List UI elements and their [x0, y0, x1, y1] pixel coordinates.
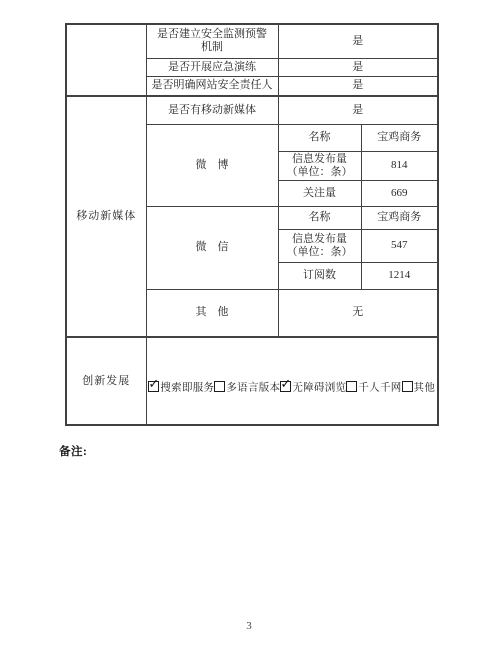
checkbox-icon	[346, 381, 357, 392]
question-cell: 是否明确网站安全责任人	[146, 76, 278, 96]
other-media-value-cell: 无	[278, 289, 438, 337]
option-personalized-site: 千人千网	[346, 381, 401, 395]
option-label: 多语言版本	[226, 382, 280, 393]
page-number: 3	[0, 620, 498, 632]
checkbox-icon	[148, 381, 159, 392]
weibo-label-cell: 微 博	[146, 124, 278, 206]
question-cell: 是否有移动新媒体	[146, 96, 278, 124]
metric-label-cell: 信息发布量 （单位：条）	[278, 229, 361, 262]
innovation-options-cell: 搜索即服务多语言版本无障碍浏览千人千网其他	[146, 337, 438, 425]
option-label: 其他	[414, 382, 436, 393]
option-multilingual: 多语言版本	[214, 381, 280, 395]
metric-label-cell: 订阅数	[278, 262, 361, 289]
security-group-cell	[66, 24, 146, 96]
option-search-as-service: 搜索即服务	[148, 381, 214, 395]
metric-value-cell: 669	[361, 180, 438, 206]
report-table: 是否建立安全监测预警 机制 是 是否开展应急演练 是 是否明确网站安全责任人 是…	[65, 23, 439, 426]
metric-label-cell: 关注量	[278, 180, 361, 206]
table-row: 移动新媒体 是否有移动新媒体 是	[66, 96, 438, 124]
mobile-media-group-cell: 移动新媒体	[66, 96, 146, 337]
answer-cell: 是	[278, 24, 438, 58]
metric-label-cell: 名称	[278, 206, 361, 229]
metric-value-cell: 宝鸡商务	[361, 124, 438, 151]
checkbox-icon	[214, 381, 225, 392]
checkbox-icon	[280, 381, 291, 392]
table-row: 是否建立安全监测预警 机制 是	[66, 24, 438, 58]
other-media-label-cell: 其 他	[146, 289, 278, 337]
answer-cell: 是	[278, 76, 438, 96]
option-other: 其他	[402, 381, 436, 395]
answer-cell: 是	[278, 58, 438, 76]
metric-label-cell: 信息发布量 （单位：条）	[278, 151, 361, 180]
question-cell: 是否开展应急演练	[146, 58, 278, 76]
option-label: 千人千网	[358, 382, 401, 393]
answer-cell: 是	[278, 96, 438, 124]
option-label: 无障碍浏览	[292, 382, 346, 393]
metric-label-cell: 名称	[278, 124, 361, 151]
metric-value-cell: 547	[361, 229, 438, 262]
checkbox-icon	[402, 381, 413, 392]
remark-label: 备注:	[59, 443, 87, 459]
wechat-label-cell: 微 信	[146, 206, 278, 289]
metric-value-cell: 宝鸡商务	[361, 206, 438, 229]
metric-value-cell: 814	[361, 151, 438, 180]
table-row: 创新发展 搜索即服务多语言版本无障碍浏览千人千网其他	[66, 337, 438, 425]
innovation-group-cell: 创新发展	[66, 337, 146, 425]
option-label: 搜索即服务	[160, 382, 214, 393]
metric-value-cell: 1214	[361, 262, 438, 289]
option-accessibility: 无障碍浏览	[280, 381, 346, 395]
question-cell: 是否建立安全监测预警 机制	[146, 24, 278, 58]
